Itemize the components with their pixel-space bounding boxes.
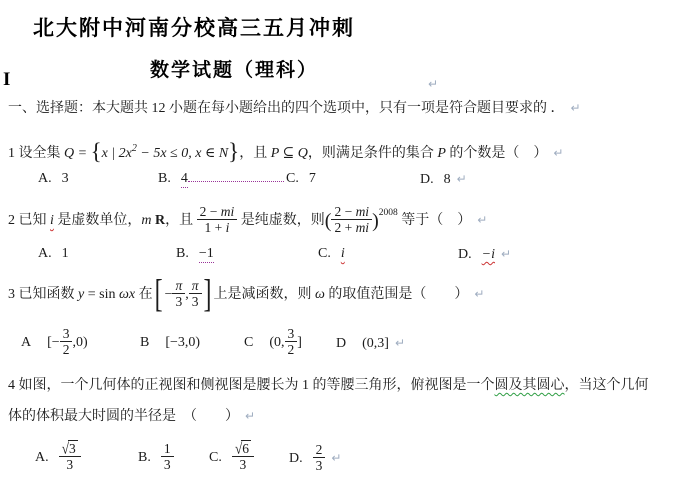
q1-subset-formula: P ⊆ Q	[271, 146, 308, 161]
fraction-numerator: 2	[313, 442, 326, 459]
option-label: D.	[420, 172, 434, 187]
q4-option-d: D.23↵	[289, 430, 341, 487]
question-3-stem[interactable]: 3 已知函数 y = sin ωx 在[−π3,π3]上是减函数，则 ω 的取值…	[8, 268, 484, 320]
q4-option-a: A.√33	[35, 430, 81, 486]
option-value: ,0)	[72, 335, 87, 350]
option-label: C.	[318, 246, 331, 261]
q4-text: 4 如图，一个几何体的正视图和侧视图是腰长为 1 的等腰三角形，俯视图是一个	[8, 378, 495, 393]
option-label: B.	[158, 171, 171, 186]
radical-icon: √	[62, 440, 69, 458]
paragraph-mark-icon: ↵	[245, 409, 255, 423]
option-label: D	[336, 336, 346, 351]
question-4-options[interactable]: A.√33 B.13 C.√63 D.23↵	[0, 430, 688, 486]
q1-set-body: x | 2x	[102, 146, 132, 161]
instructions-text: 一、选择题：本大题共 12 小题在每小题给出的四个选项中，只有一项是符合题目要求…	[8, 101, 565, 116]
option-value: 3	[62, 171, 69, 186]
fraction-denominator: 2 +	[334, 220, 355, 235]
option-value: (0,	[269, 335, 284, 350]
option-label: B.	[138, 450, 151, 465]
fraction-denominator: 3	[232, 457, 254, 473]
fraction-numerator: mi	[356, 204, 370, 219]
fraction-denominator: i	[226, 220, 230, 235]
question-2-options[interactable]: A.1 B.−1 C.i D.−i↵	[0, 242, 688, 266]
option-label: D.	[289, 451, 303, 466]
q3-text: 在	[139, 287, 153, 302]
option-fraction: √33	[59, 441, 81, 473]
question-4-stem-line1[interactable]: 4 如图，一个几何体的正视图和侧视图是腰长为 1 的等腰三角形，俯视图是一个圆及…	[8, 374, 649, 398]
right-brace: }	[228, 139, 239, 164]
option-fraction: 32	[285, 326, 298, 358]
q3-option-b: B[−3,0)	[140, 320, 200, 366]
q2-exponent: 2008	[379, 208, 398, 218]
exam-title[interactable]: 北大附中河南分校高三五月冲刺	[33, 12, 355, 42]
radicand: 3	[68, 440, 78, 456]
q1-set-body-2: − 5x ≤ 0, x ∈ N	[137, 146, 228, 161]
option-label: A.	[35, 450, 49, 465]
option-value: ]	[297, 335, 302, 350]
question-3-options[interactable]: A[−32,0) B[−3,0) C(0,32] D(0,3]↵	[0, 320, 688, 366]
q2-imaginary-unit spellcheck-underline: i	[50, 213, 54, 228]
option-fraction: √63	[232, 441, 254, 473]
option-label: B.	[176, 246, 189, 261]
q1-option-c: C.7	[286, 167, 316, 191]
q2-var-m: m	[141, 213, 151, 228]
q3-func-eq: = sin	[88, 287, 116, 302]
document-page[interactable]: 北大附中河南分校高三五月冲刺 数学试题（理科） I ↵ 一、选择题：本大题共 1…	[0, 0, 688, 494]
q3-option-c: C(0,32]	[244, 320, 302, 366]
q3-text: 3 已知函数	[8, 287, 75, 302]
option-label: A.	[38, 171, 52, 186]
q1-option-b: B.4	[158, 167, 284, 191]
q2-text: 等于（ ）	[401, 213, 471, 228]
q2-text: 是纯虚数，则	[241, 213, 325, 228]
option-value spellcheck-underline: i	[341, 246, 345, 261]
option-fraction: 23	[313, 442, 326, 474]
q4-text: 体的体积最大时圆的半径是 （ ）	[8, 409, 239, 424]
q1-text: 1 设全集	[8, 146, 61, 161]
exam-title-text: 北大附中河南分校高三五月冲刺	[33, 17, 355, 40]
fraction-numerator: π	[189, 278, 202, 295]
fraction-denominator: 2	[285, 342, 298, 358]
fraction-numerator: mi	[221, 204, 235, 219]
fraction-numerator: 1	[161, 441, 174, 458]
q1-set-p: P	[437, 146, 446, 161]
question-1-options[interactable]: A.3 B.4 C.7 D.8↵	[0, 167, 688, 191]
q3-text: 的取值范围是（ ）	[328, 287, 468, 302]
fraction-numerator: 2 −	[334, 204, 355, 219]
paragraph-mark-icon: ↵	[571, 101, 581, 115]
q3-text: 上是减函数，则	[214, 287, 312, 302]
section-instructions[interactable]: 一、选择题：本大题共 12 小题在每小题给出的四个选项中，只有一项是符合题目要求…	[8, 98, 581, 119]
option-value: [−3,0)	[165, 335, 200, 350]
text-caret: I	[3, 69, 10, 91]
fraction-denominator: 2	[60, 342, 73, 358]
fraction-numerator: π	[172, 278, 185, 295]
question-1-stem[interactable]: 1 设全集 Q = {x | 2x2 − 5x ≤ 0, x ∈ N}，且 P …	[8, 132, 563, 166]
paragraph-mark-icon: ↵	[457, 172, 467, 186]
radical-icon: √	[235, 440, 242, 458]
q3-minus: −	[165, 287, 173, 302]
option-value: 7	[309, 171, 316, 186]
q2-option-a: A.1	[38, 242, 69, 266]
fraction-denominator: 3	[313, 458, 326, 474]
option-fraction: 13	[161, 441, 174, 473]
option-value spellcheck-underline: −i	[482, 247, 495, 262]
option-label: A	[21, 335, 31, 350]
option-label: C.	[286, 171, 299, 186]
option-label: D.	[458, 247, 472, 262]
right-paren: )	[372, 210, 379, 232]
option-value: 1	[62, 246, 69, 261]
exam-subtitle-text: 数学试题（理科）	[150, 60, 318, 81]
q2-option-c: C.i	[318, 242, 345, 266]
q2-text: 2 已知	[8, 213, 47, 228]
q2-text: 是虚数单位，	[57, 213, 141, 228]
question-2-stem[interactable]: 2 已知 i 是虚数单位，m R，且 2 − mi1 + i 是纯虚数，则(2 …	[8, 196, 487, 244]
paragraph-mark-icon: ↵	[331, 451, 341, 465]
q3-option-d: D(0,3]↵	[336, 320, 405, 367]
option-value: (0,3]	[362, 336, 389, 351]
q1-text: ，则满足条件的集合	[308, 146, 434, 161]
paragraph-mark-icon: ↵	[395, 336, 405, 350]
q3-func-y: y	[78, 287, 84, 302]
fraction-denominator: 3	[189, 294, 202, 310]
paragraph-mark-icon: ↵	[474, 287, 484, 301]
exam-subtitle[interactable]: 数学试题（理科）	[150, 55, 318, 82]
dotted-leader	[188, 168, 284, 182]
option-fraction: 32	[60, 326, 73, 358]
q2-option-d: D.−i↵	[458, 242, 511, 267]
fraction-denominator: 1 +	[205, 220, 226, 235]
paragraph-mark-icon: ↵	[477, 213, 487, 227]
q3-omega: ω	[315, 287, 325, 302]
q3-func-arg: ωx	[119, 287, 135, 302]
fraction-numerator: 3	[60, 326, 73, 343]
option-label: A.	[38, 246, 52, 261]
q1-text: 的个数是（ ）	[449, 146, 547, 161]
q1-option-d: D.8↵	[420, 167, 467, 192]
radicand: 6	[241, 440, 251, 456]
paragraph-mark-icon: ↵	[501, 247, 511, 261]
fraction-denominator: 3	[172, 294, 185, 310]
q1-option-a: A.3	[38, 167, 69, 191]
option-value: 8	[444, 172, 451, 187]
q3-fraction-1: π3	[172, 278, 185, 310]
q4-text grammar-underline: 圆及其圆心	[495, 378, 565, 393]
question-4-stem-line2[interactable]: 体的体积最大时圆的半径是 （ ）↵	[8, 404, 255, 429]
q3-option-a: A[−32,0)	[21, 320, 88, 366]
paragraph-mark-icon: ↵	[428, 77, 438, 91]
q2-set-r: R	[155, 213, 165, 228]
q2-fraction-2: 2 − mi2 + mi	[331, 204, 372, 236]
fraction-denominator: 3	[161, 457, 174, 473]
q2-text: ，且	[165, 213, 193, 228]
q1-set-name: Q =	[64, 146, 87, 161]
q4-option-b: B.13	[138, 430, 174, 486]
paragraph-mark-icon: ↵	[553, 146, 563, 160]
fraction-numerator: 2 −	[200, 204, 221, 219]
fraction-denominator: mi	[356, 220, 370, 235]
option-value: [−	[47, 335, 60, 350]
fraction-numerator: 3	[285, 326, 298, 343]
q4-text: ，当这个几何	[565, 378, 649, 393]
sqrt-expression: √6	[235, 441, 251, 456]
fraction-denominator: 3	[59, 457, 81, 473]
q3-fraction-2: π3	[189, 278, 202, 310]
option-value: 4	[181, 171, 188, 188]
q1-text: ，且	[239, 146, 267, 161]
left-brace: {	[91, 139, 102, 164]
left-paren: (	[325, 210, 332, 232]
q2-fraction-1: 2 − mi1 + i	[197, 204, 238, 236]
option-label: B	[140, 335, 149, 350]
q4-option-c: C.√63	[209, 430, 254, 486]
option-label: C.	[209, 450, 222, 465]
option-label: C	[244, 335, 253, 350]
sqrt-expression: √3	[62, 441, 78, 456]
